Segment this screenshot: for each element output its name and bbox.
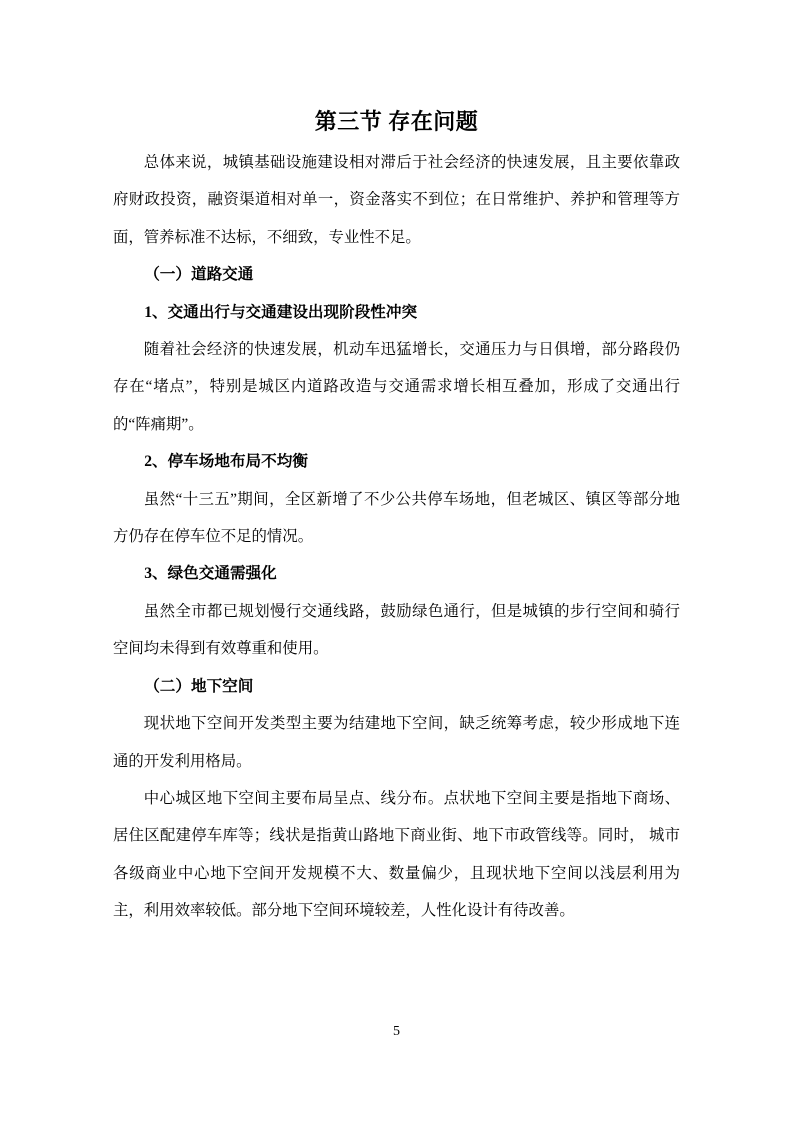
paragraph-underground-status: 现状地下空间开发类型主要为结建地下空间，缺乏统筹考虑，较少形成地下连通的开发利用… <box>113 705 680 780</box>
heading-parking-imbalance: 2、停车场地布局不均衡 <box>113 443 680 480</box>
heading-road-traffic: （一）道路交通 <box>113 256 680 293</box>
paragraph-underground-layout: 中心城区地下空间主要布局呈点、线分布。点状地下空间主要是指地下商场、居住区配建停… <box>113 780 680 930</box>
heading-underground-space: （二）地下空间 <box>113 668 680 705</box>
section-title: 第三节 存在问题 <box>113 100 680 144</box>
page-number: 5 <box>0 1022 793 1042</box>
paragraph-overview: 总体来说，城镇基础设施建设相对滞后于社会经济的快速发展，且主要依靠政府财政投资，… <box>113 144 680 256</box>
paragraph-parking-imbalance: 虽然“十三五”期间，全区新增了不少公共停车场地，但老城区、镇区等部分地方仍存在停… <box>113 481 680 556</box>
paragraph-traffic-conflict: 随着社会经济的快速发展，机动车迅猛增长，交通压力与日俱增，部分路段仍存在“堵点”… <box>113 331 680 443</box>
heading-traffic-conflict: 1、交通出行与交通建设出现阶段性冲突 <box>113 294 680 331</box>
document-page: 第三节 存在问题 总体来说，城镇基础设施建设相对滞后于社会经济的快速发展，且主要… <box>0 0 793 1122</box>
heading-green-transport: 3、绿色交通需强化 <box>113 555 680 592</box>
page-content: 第三节 存在问题 总体来说，城镇基础设施建设相对滞后于社会经济的快速发展，且主要… <box>113 100 680 930</box>
paragraph-green-transport: 虽然全市都已规划慢行交通线路，鼓励绿色通行，但是城镇的步行空间和骑行空间均未得到… <box>113 593 680 668</box>
